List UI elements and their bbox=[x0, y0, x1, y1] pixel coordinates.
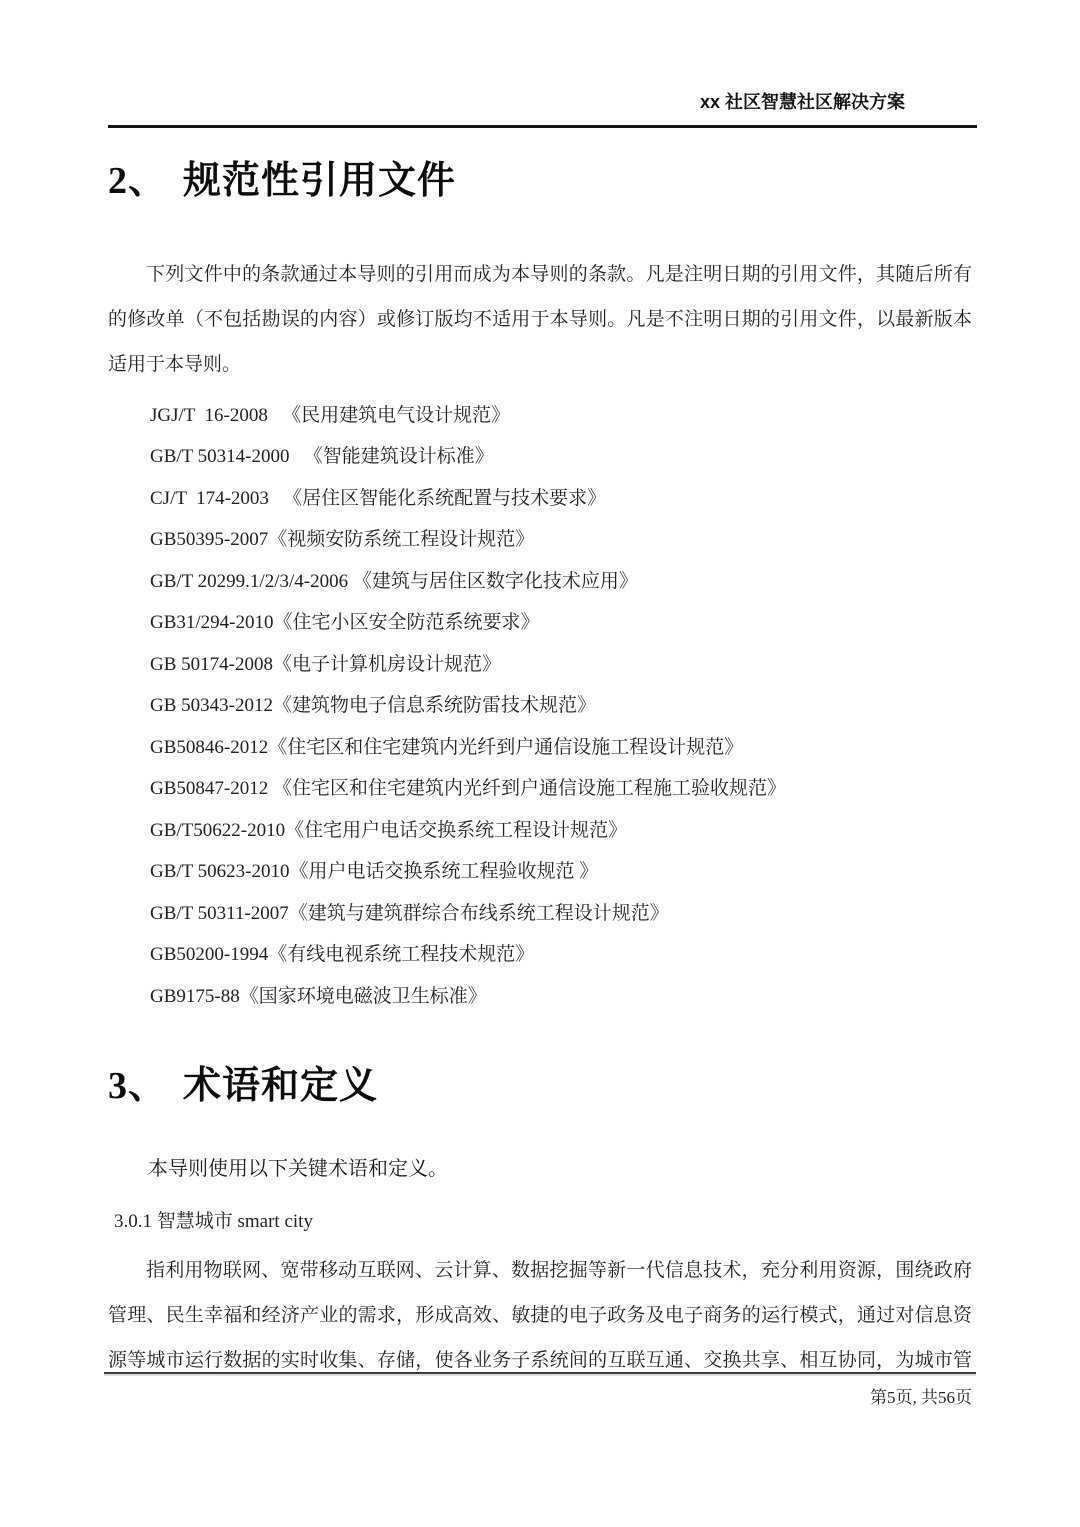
reference-item: GB31/294-2010《住宅小区安全防范系统要求》 bbox=[150, 602, 1010, 644]
reference-list: JGJ/T 16-2008 《民用建筑电气设计规范》 GB/T 50314-20… bbox=[150, 395, 1010, 1018]
term-definition: 指利用物联网、宽带移动互联网、云计算、数据挖掘等新一代信息技术，充分利用资源，围… bbox=[108, 1248, 972, 1383]
section-3-intro: 本导则使用以下关键术语和定义。 bbox=[108, 1155, 972, 1184]
reference-item: GB 50343-2012《建筑物电子信息系统防雷技术规范》 bbox=[150, 685, 1010, 727]
section-3-number: 3、 bbox=[108, 1065, 167, 1107]
reference-item: GB50200-1994《有线电视系统工程技术规范》 bbox=[150, 934, 1010, 976]
section-3-heading: 3、术语和定义 bbox=[108, 1063, 1080, 1111]
reference-item: GB/T 50311-2007《建筑与建筑群综合布线系统工程设计规范》 bbox=[150, 893, 1010, 935]
page-header: xx 社区智慧社区解决方案 bbox=[0, 0, 1080, 128]
reference-item: GB/T 20299.1/2/3/4-2006 《建筑与居住区数字化技术应用》 bbox=[150, 561, 1010, 603]
reference-item: GB/T50622-2010《住宅用户电话交换系统工程设计规范》 bbox=[150, 810, 1010, 852]
reference-item: GB 50174-2008《电子计算机房设计规范》 bbox=[150, 644, 1010, 686]
section-2-intro: 下列文件中的条款通过本导则的引用而成为本导则的条款。凡是注明日期的引用文件，其随… bbox=[108, 252, 972, 387]
document-page: xx 社区智慧社区解决方案 2、规范性引用文件 下列文件中的条款通过本导则的引用… bbox=[0, 0, 1080, 1527]
header-title: xx 社区智慧社区解决方案 bbox=[0, 0, 1080, 115]
section-2-heading: 2、规范性引用文件 bbox=[108, 158, 1080, 206]
reference-item: GB/T 50623-2010《用户电话交换系统工程验收规范 》 bbox=[150, 851, 1010, 893]
page-number: 第5页, 共56页 bbox=[104, 1383, 976, 1408]
page-footer: 第5页, 共56页 bbox=[104, 1372, 976, 1408]
reference-item: GB/T 50314-2000 《智能建筑设计标准》 bbox=[150, 436, 1010, 478]
section-2-title: 规范性引用文件 bbox=[183, 160, 456, 202]
section-2-number: 2、 bbox=[108, 160, 167, 202]
reference-item: GB50847-2012 《住宅区和住宅建筑内光纤到户通信设施工程施工验收规范》 bbox=[150, 768, 1010, 810]
reference-item: GB9175-88《国家环境电磁波卫生标准》 bbox=[150, 976, 1010, 1018]
reference-item: GB50395-2007《视频安防系统工程设计规范》 bbox=[150, 519, 1010, 561]
reference-item: JGJ/T 16-2008 《民用建筑电气设计规范》 bbox=[150, 395, 1010, 437]
document-body: 2、规范性引用文件 下列文件中的条款通过本导则的引用而成为本导则的条款。凡是注明… bbox=[0, 158, 1080, 1383]
section-3-title: 术语和定义 bbox=[183, 1065, 378, 1107]
reference-item: CJ/T 174-2003 《居住区智能化系统配置与技术要求》 bbox=[150, 478, 1010, 520]
reference-item: GB50846-2012《住宅区和住宅建筑内光纤到户通信设施工程设计规范》 bbox=[150, 727, 1010, 769]
term-heading: 3.0.1 智慧城市 smart city bbox=[114, 1210, 1080, 1235]
footer-rule bbox=[104, 1372, 976, 1374]
header-rule bbox=[108, 125, 977, 128]
